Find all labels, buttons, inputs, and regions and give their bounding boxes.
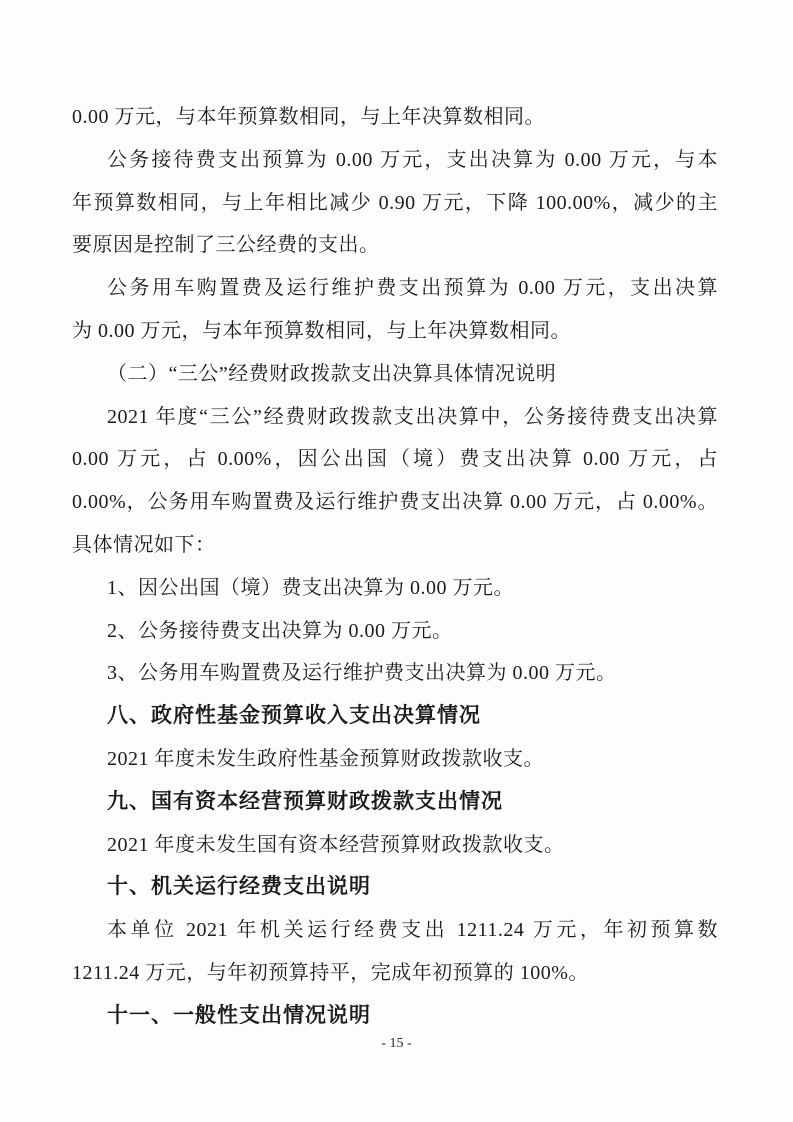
- text-line: 0.00 万元，与本年预算数相同，与上年决算数相同。: [72, 96, 718, 139]
- text-line: 0.00 万元，占 0.00%，因公出国（境）费支出决算 0.00 万元，占: [72, 438, 718, 481]
- text-line: 0.00%，公务用车购置费及运行维护费支出决算 0.00 万元，占 0.00%。: [72, 481, 718, 524]
- text-line: 为 0.00 万元，与本年预算数相同，与上年决算数相同。: [72, 310, 718, 353]
- text-line: 1211.24 万元，与年初预算持平，完成年初预算的 100%。: [72, 952, 718, 995]
- text-line: 2、公务接待费支出决算为 0.00 万元。: [72, 610, 718, 653]
- text-line: 3、公务用车购置费及运行维护费支出决算为 0.00 万元。: [72, 652, 718, 695]
- text-line: 1、因公出国（境）费支出决算为 0.00 万元。: [72, 567, 718, 610]
- text-line: 2021 年度未发生国有资本经营预算财政拨款收支。: [72, 824, 718, 867]
- document-page: 0.00 万元，与本年预算数相同，与上年决算数相同。公务接待费支出预算为 0.0…: [0, 0, 793, 1122]
- page-number: - 15 -: [381, 1036, 411, 1051]
- section-heading: 八、政府性基金预算收入支出决算情况: [72, 695, 718, 738]
- text-line: 公务接待费支出预算为 0.00 万元，支出决算为 0.00 万元，与本: [72, 139, 718, 182]
- page-footer: - 15 -: [0, 1036, 793, 1052]
- text-line: 2021 年度未发生政府性基金预算财政拨款收支。: [72, 738, 718, 781]
- section-heading: 十、机关运行经费支出说明: [72, 866, 718, 909]
- text-line: 公务用车购置费及运行维护费支出预算为 0.00 万元，支出决算: [72, 267, 718, 310]
- text-line: 要原因是控制了三公经费的支出。: [72, 224, 718, 267]
- section-heading: 九、国有资本经营预算财政拨款支出情况: [72, 781, 718, 824]
- text-line: （二）“三公”经费财政拨款支出决算具体情况说明: [72, 353, 718, 396]
- text-line: 2021 年度“三公”经费财政拨款支出决算中，公务接待费支出决算: [72, 396, 718, 439]
- text-line: 本单位 2021 年机关运行经费支出 1211.24 万元，年初预算数: [72, 909, 718, 952]
- document-body: 0.00 万元，与本年预算数相同，与上年决算数相同。公务接待费支出预算为 0.0…: [72, 96, 718, 1038]
- text-line: 具体情况如下：: [72, 524, 718, 567]
- text-line: 年预算数相同，与上年相比减少 0.90 万元，下降 100.00%，减少的主: [72, 182, 718, 225]
- section-heading: 十一、一般性支出情况说明: [72, 995, 718, 1038]
